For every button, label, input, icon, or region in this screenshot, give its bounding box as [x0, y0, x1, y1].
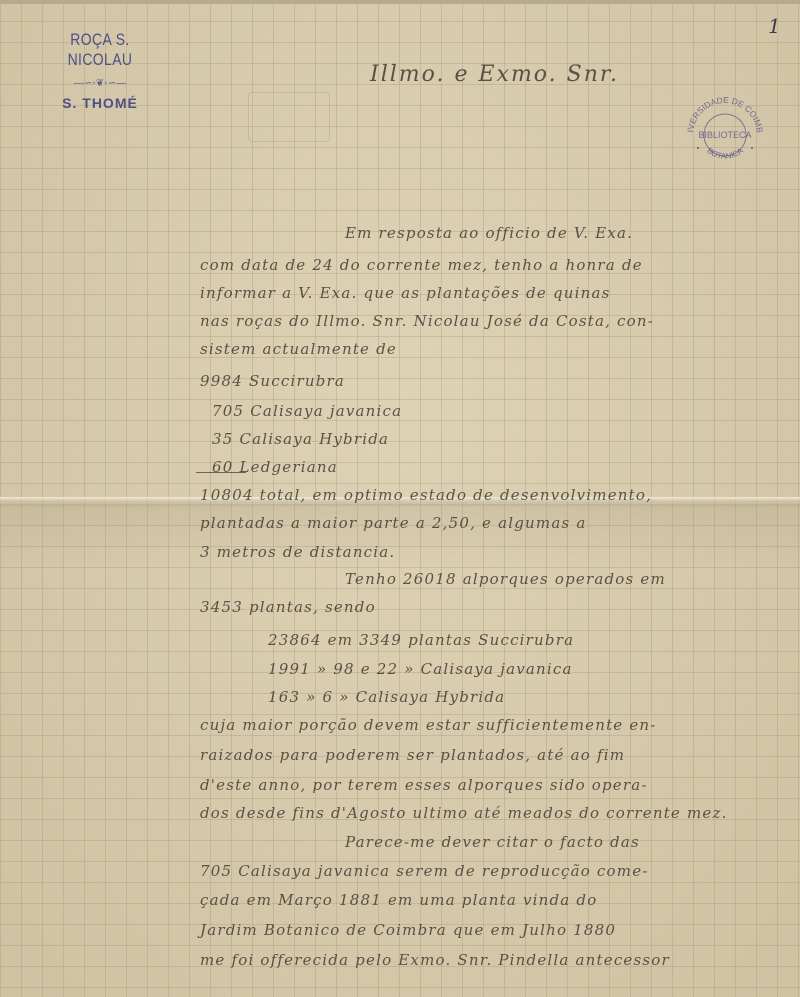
faint-stamp-mark — [248, 92, 330, 142]
handwritten-line: Jardim Botanico de Coimbra que em Julho … — [200, 921, 616, 939]
svg-text:BIBLIOTECA: BIBLIOTECA — [698, 130, 751, 140]
handwritten-line: 10804 total, em optimo estado de desenvo… — [200, 486, 652, 504]
handwritten-line: 23864 em 3349 plantas Succirubra — [268, 631, 574, 649]
handwritten-line: 9984 Succirubra — [200, 372, 345, 390]
library-stamp: UNIVERSIDADE DE COIMBRA BIBLIOTECA BOTAN… — [685, 95, 765, 175]
handwritten-line: dos desde fins d'Agosto ultimo até meado… — [200, 804, 728, 822]
handwritten-line: çada em Março 1881 em uma planta vinda d… — [200, 891, 597, 909]
letterhead-ornament-icon: —∽◦❦◦∽— — [30, 78, 170, 89]
handwritten-line: Tenho 26018 alporques operados em — [345, 570, 666, 588]
handwritten-line: 705 Calisaya javanica — [212, 402, 402, 420]
handwritten-line: d'este anno, por terem esses alporques s… — [200, 776, 648, 794]
handwritten-line: 35 Calisaya Hybrida — [212, 430, 389, 448]
handwritten-line: com data de 24 do corrente mez, tenho a … — [200, 256, 643, 274]
salutation: Illmo. e Exmo. Snr. — [370, 62, 619, 87]
sum-underline — [196, 472, 246, 473]
handwritten-line: 3 metros de distancia. — [200, 543, 395, 561]
letterhead: ROÇA S. NICOLAU —∽◦❦◦∽— S. THOMÉ — [30, 30, 170, 111]
handwritten-line: 60 Ledgeriana — [212, 458, 338, 476]
handwritten-line: Em resposta ao officio de V. Exa. — [345, 224, 633, 242]
handwritten-line: plantadas a maior parte a 2,50, e alguma… — [200, 514, 587, 532]
handwritten-line: Parece-me dever citar o facto das — [345, 833, 640, 851]
paper-top-edge — [0, 0, 800, 4]
handwritten-line: 705 Calisaya javanica serem de reproducç… — [200, 862, 649, 880]
library-stamp-seal-icon: UNIVERSIDADE DE COIMBRA BIBLIOTECA BOTAN… — [685, 95, 765, 175]
handwritten-line: 3453 plantas, sendo — [200, 598, 376, 616]
handwritten-line: raizados para poderem ser plantados, até… — [200, 746, 625, 764]
handwritten-line: informar a V. Exa. que as plantações de … — [200, 284, 611, 302]
page-number: 1 — [768, 14, 781, 38]
handwritten-line: nas roças do Illmo. Snr. Nicolau José da… — [200, 312, 654, 330]
handwritten-line: 163 » 6 » Calisaya Hybrida — [268, 688, 505, 706]
letterhead-place: S. THOMÉ — [30, 95, 170, 111]
handwritten-line: sistem actualmente de — [200, 340, 397, 358]
svg-text:BOTANICA: BOTANICA — [705, 146, 745, 161]
letterhead-name: ROÇA S. NICOLAU — [43, 30, 158, 70]
handwritten-line: me foi offerecida pelo Exmo. Snr. Pindel… — [200, 951, 670, 969]
handwritten-line: 1991 » 98 e 22 » Calisaya javanica — [268, 660, 573, 678]
handwritten-line: cuja maior porção devem estar sufficient… — [200, 716, 657, 734]
